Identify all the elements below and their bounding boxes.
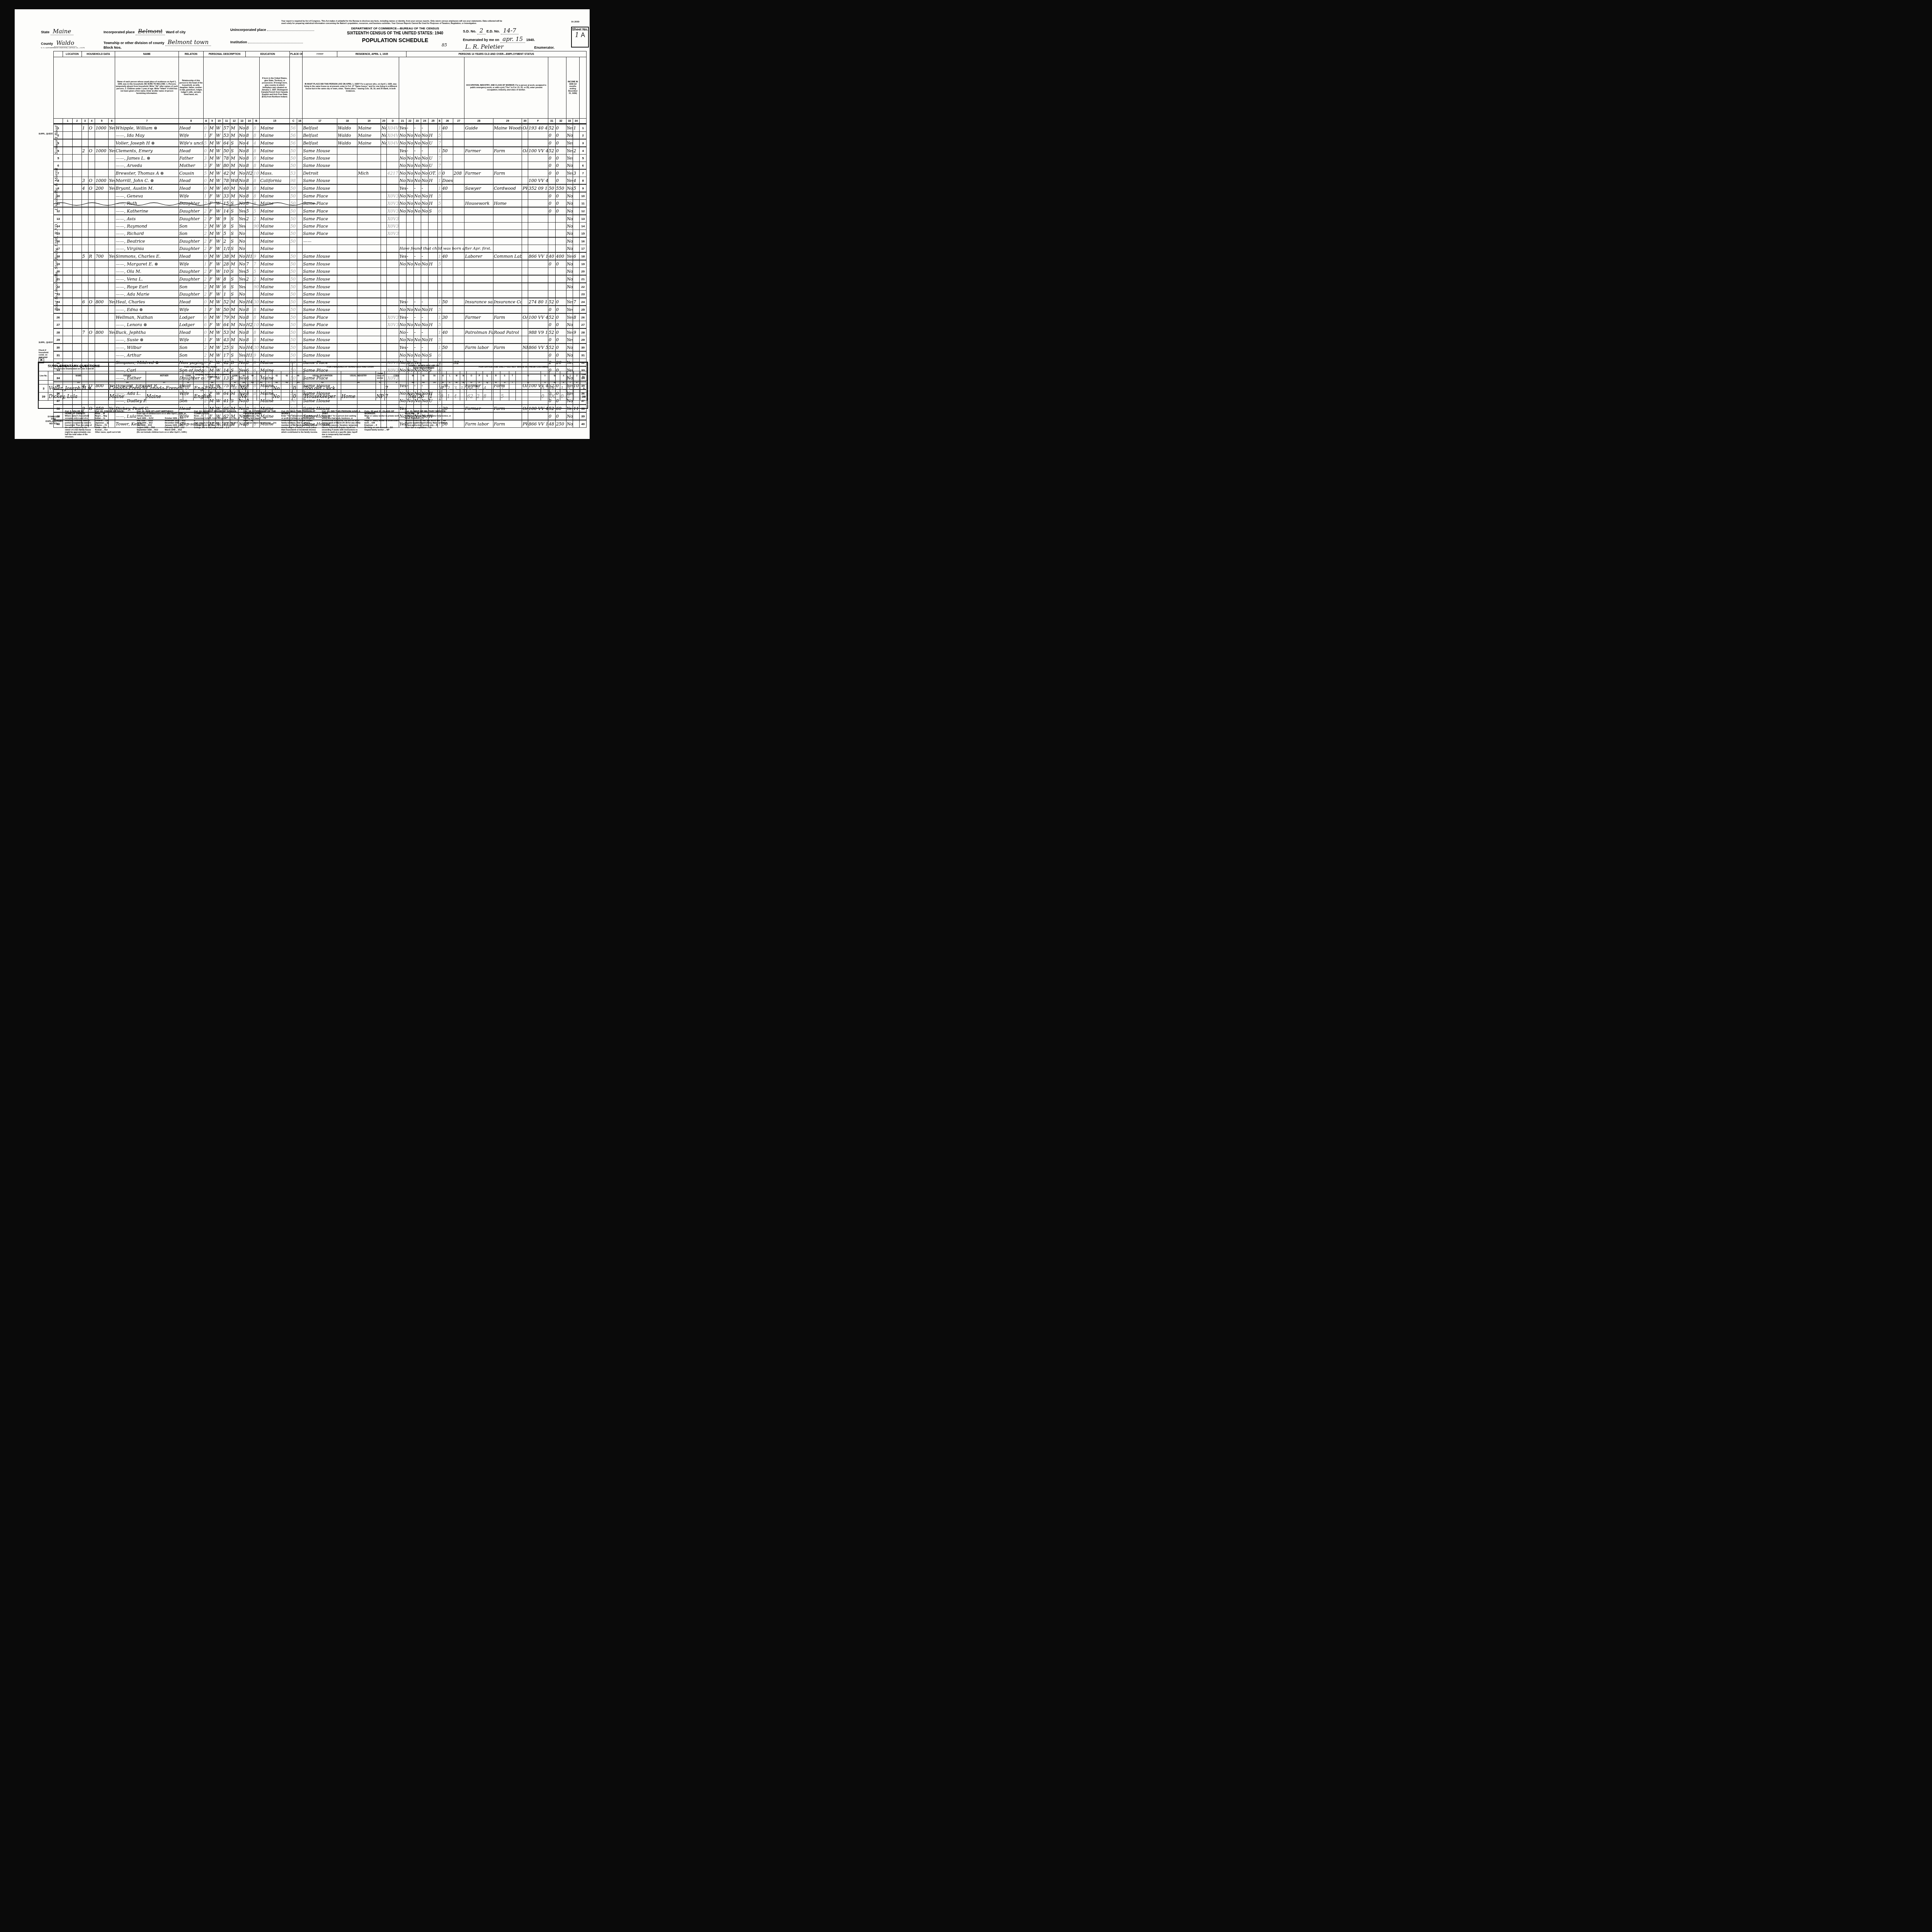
cell-value: 700 xyxy=(95,252,109,260)
cell-ind: Farm xyxy=(493,169,522,177)
suppl-header: L xyxy=(446,371,453,381)
cell-mar: M xyxy=(230,252,238,260)
cell-birth: Maine xyxy=(260,336,290,344)
suppl-column-number: 50 xyxy=(429,381,440,384)
cell-occ: Farmer xyxy=(464,169,493,177)
cell-ind xyxy=(493,306,522,313)
cell-ind xyxy=(493,177,522,185)
cell-grade: 8 xyxy=(246,192,253,200)
cell-hh: 3 xyxy=(82,177,88,185)
cell-wks: 52 xyxy=(548,328,555,336)
cell-sch: No xyxy=(238,245,245,253)
department: DEPARTMENT OF COMMERCE—BUREAU OF THE CEN… xyxy=(347,27,443,30)
cell-c24: No xyxy=(421,192,428,200)
cell-hh xyxy=(82,230,88,238)
cell-c25 xyxy=(428,237,437,245)
cell-dur xyxy=(453,155,464,162)
cell-c23 xyxy=(413,230,421,238)
cell-wks xyxy=(548,275,555,283)
cell-wage xyxy=(556,283,566,291)
cell-c24: - xyxy=(421,252,428,260)
cell-c23: - xyxy=(413,313,421,321)
suppl-header: T xyxy=(509,371,515,381)
cell-wage xyxy=(556,291,566,298)
cell-sch: No xyxy=(238,169,245,177)
group-all-ages: FOR PERSONS OF ALL AGES xyxy=(109,363,293,371)
cell-e: 5 xyxy=(438,200,442,207)
suppl-column-number: 37 xyxy=(146,381,183,384)
cell-own: O xyxy=(88,177,95,185)
cell-oth: No xyxy=(566,200,573,207)
cell-sch: Yes xyxy=(238,223,245,230)
suppl-header: X xyxy=(560,371,567,381)
cell-name: ——, Edna ⊗ xyxy=(115,306,179,313)
cell-city35: Same House xyxy=(303,283,337,291)
cell-occ xyxy=(464,321,493,329)
supplementary-title: SUPPLEMENTARY QUESTIONS xyxy=(39,364,108,368)
suppl-cell-l: 2 xyxy=(446,384,453,393)
suppl-header: USUAL INDUSTRY xyxy=(341,371,376,381)
cell-dur xyxy=(453,162,464,170)
cell-hrs xyxy=(442,260,453,268)
cell-ind xyxy=(493,351,522,359)
line-number: 28 xyxy=(580,328,587,336)
cell-rel: Head xyxy=(179,147,203,155)
cell-age: 2 xyxy=(223,237,230,245)
cell-birth: Maine xyxy=(260,192,290,200)
cell-mar: S xyxy=(230,215,238,223)
cell-ind: Farm xyxy=(493,313,522,321)
cell-birth: Maine xyxy=(260,351,290,359)
cell-c22: - xyxy=(406,298,413,306)
cell-e: 1 xyxy=(438,344,442,351)
cell-c23: - xyxy=(413,344,421,351)
name-instructions: Name of each person whose usual place of… xyxy=(115,57,179,119)
cell-city35 xyxy=(303,245,337,253)
cell-cls xyxy=(522,155,528,162)
empty-cell xyxy=(72,291,82,298)
empty-cell xyxy=(63,200,72,207)
cell-age: 79 xyxy=(223,313,230,321)
cell-value xyxy=(95,306,109,313)
line-number: 26 xyxy=(580,313,587,321)
empty-cell xyxy=(297,230,303,238)
cell-age: 78 xyxy=(223,155,230,162)
suppl-header: P xyxy=(476,371,483,381)
suppl-column-number: 40 xyxy=(248,381,257,384)
cell-dur xyxy=(453,192,464,200)
cell-c25: S xyxy=(428,351,437,359)
suppl-cell-h: 34 xyxy=(231,384,240,393)
cell-d: X0V3 xyxy=(387,223,399,230)
line-number: 2 xyxy=(580,132,587,139)
cell-d: X0V3 xyxy=(387,215,399,223)
suppl-cell-ind: Home xyxy=(341,393,376,401)
cell-f xyxy=(528,223,548,230)
cell-oth: No xyxy=(566,245,573,253)
table-row: 185R700YesSimmons, Charles E.Head0MW38MN… xyxy=(54,252,587,260)
cell-race: W xyxy=(216,283,223,291)
cell-fs xyxy=(573,207,580,215)
empty-cell xyxy=(63,252,72,260)
cell-rel: Daughter xyxy=(179,291,203,298)
empty-cell xyxy=(72,124,82,132)
suppl-header: CODE xyxy=(384,371,408,381)
suppl-column-number: Y xyxy=(567,381,573,384)
table-row: 26Wellman, NathanLodger6MW79MNo88Maine50… xyxy=(54,313,587,321)
cell-farm35 xyxy=(381,344,387,351)
cell-fs xyxy=(573,344,580,351)
line-number: 1 xyxy=(580,124,587,132)
cell-wks: 52 xyxy=(548,313,555,321)
cell-e: 1 xyxy=(438,313,442,321)
cell-county35 xyxy=(337,306,357,313)
cell-name: Whipple, William ⊗ xyxy=(115,124,179,132)
note-item: Wage or salary worker in Government work… xyxy=(364,420,401,424)
cell-wage: 0 xyxy=(556,306,566,313)
cell-county35 xyxy=(337,230,357,238)
suppl-header: 43 xyxy=(281,371,293,381)
cell-age: 80 xyxy=(223,162,230,170)
cell-ind: Cordwood xyxy=(493,184,522,192)
line-number: 14 xyxy=(580,223,587,230)
table-row: 11——, RuthDaughter2FW15SNo88Maine50Same … xyxy=(54,200,587,207)
cell-b xyxy=(253,230,260,238)
cell-hrs: 40 xyxy=(442,252,453,260)
cell-cls: NP xyxy=(522,344,528,351)
cell-a: 0 xyxy=(203,298,209,306)
cell-name: ——, Susie ⊗ xyxy=(115,336,179,344)
cell-hrs: 50 xyxy=(442,147,453,155)
cell-county35 xyxy=(337,328,357,336)
cell-occ: Guide xyxy=(464,124,493,132)
empty-cell xyxy=(297,200,303,207)
cell-occ: Farmer xyxy=(464,313,493,321)
suppl-cell-c49 xyxy=(418,384,429,393)
cell-birth: Maine xyxy=(260,155,290,162)
cell-cls xyxy=(522,328,528,336)
cell-wks xyxy=(548,237,555,245)
cell-c22: - xyxy=(406,313,413,321)
cell-f xyxy=(528,230,548,238)
cell-c21: Yes xyxy=(399,252,406,260)
cell-sex: F xyxy=(209,321,215,329)
cell-a: 2 xyxy=(203,237,209,245)
cell-grade: 4 xyxy=(246,139,253,147)
cell-c: 50 xyxy=(290,155,297,162)
suppl-cell-j: 7 xyxy=(384,384,408,393)
cell-value: 200 xyxy=(95,184,109,192)
cell-state35 xyxy=(357,252,381,260)
cell-oth: Yes xyxy=(566,313,573,321)
cell-d xyxy=(387,275,399,283)
cell-dur xyxy=(453,351,464,359)
empty-cell xyxy=(297,245,303,253)
county-field: County Waldo xyxy=(41,39,77,46)
cell-c25: U xyxy=(428,139,437,147)
empty-cell xyxy=(72,268,82,276)
suppl-cell-t xyxy=(509,384,515,393)
cell-c24: No xyxy=(421,132,428,139)
cell-c21 xyxy=(399,283,406,291)
suppl-cell-c39: No xyxy=(239,393,248,401)
empty-cell xyxy=(72,336,82,344)
empty-cell xyxy=(72,260,82,268)
cell-c22: - xyxy=(406,328,413,336)
cell-race: W xyxy=(216,215,223,223)
empty-cell xyxy=(72,313,82,321)
suppl-cell-c40 xyxy=(248,393,257,401)
township-value: Belmont town xyxy=(165,39,211,46)
cell-hh xyxy=(82,192,88,200)
cell-sch: Yes xyxy=(238,215,245,223)
cell-c23: No xyxy=(413,321,421,329)
cell-f: 866 VV 5 xyxy=(528,344,548,351)
note-col24: Col. 24. DID THIS PERSON HAVE A JOB? Ent… xyxy=(322,410,361,438)
cell-c: 50 xyxy=(290,313,297,321)
suppl-cell-lang: Eng-French xyxy=(194,384,231,393)
line-number: 15 xyxy=(580,230,587,238)
cell-c21: No xyxy=(399,155,406,162)
cell-name: Wellman, Nathan xyxy=(115,313,179,321)
cell-wks: 0 xyxy=(548,200,555,207)
cell-hrs xyxy=(442,215,453,223)
cell-c: 56 xyxy=(290,124,297,132)
cell-wage xyxy=(556,275,566,283)
cell-farm xyxy=(109,237,115,245)
cell-oth: Yes xyxy=(566,139,573,147)
cell-c23 xyxy=(413,237,421,245)
table-row: 12——, KatherineDaughter2FW14SYes55Maine5… xyxy=(54,207,587,215)
cell-ind: Farm xyxy=(493,344,522,351)
cell-cls xyxy=(522,200,528,207)
cell-cls xyxy=(522,207,528,215)
cell-value xyxy=(95,275,109,283)
line-number: 29 xyxy=(54,336,63,344)
note-col16: Col. 16. CITIZENSHIP OF THE FOREIGN BORN… xyxy=(243,410,278,427)
empty-cell xyxy=(63,132,72,139)
cell-mar: M xyxy=(230,184,238,192)
cell-race: W xyxy=(216,230,223,238)
cell-hrs xyxy=(442,306,453,313)
cell-name: ——, Wilbur xyxy=(115,344,179,351)
cell-value xyxy=(95,336,109,344)
cell-hh xyxy=(82,223,88,230)
cell-state35 xyxy=(357,215,381,223)
cell-hh: 2 xyxy=(82,147,88,155)
cell-sex: M xyxy=(209,177,215,185)
suppl-cell-y: 5 xyxy=(567,384,573,393)
cell-farm35 xyxy=(381,313,387,321)
cell-hrs xyxy=(442,139,453,147)
cell-c22: No xyxy=(406,162,413,170)
empty-cell xyxy=(297,169,303,177)
cell-cls xyxy=(522,283,528,291)
cell-c: 50 xyxy=(290,306,297,313)
cell-b: 8 xyxy=(253,132,260,139)
cell-farm35 xyxy=(381,306,387,313)
cell-city35: Same House xyxy=(303,177,337,185)
cell-value xyxy=(95,169,109,177)
cell-name: ——, Richard xyxy=(115,230,179,238)
suppl-header: O xyxy=(467,371,476,381)
cell-own xyxy=(88,207,95,215)
cell-dur xyxy=(453,124,464,132)
cell-race: W xyxy=(216,162,223,170)
cell-c22: No xyxy=(406,177,413,185)
cell-value xyxy=(95,215,109,223)
empty-cell xyxy=(72,184,82,192)
cell-d xyxy=(387,177,399,185)
empty-cell xyxy=(72,207,82,215)
cell-birth: Maine xyxy=(260,321,290,329)
cell-c24: - xyxy=(421,147,428,155)
empty-cell xyxy=(297,177,303,185)
cell-e xyxy=(438,223,442,230)
suppl-column-number: 49 xyxy=(418,381,429,384)
table-row: 7Brewster, Thomas A ⊗Cousin5MW42MNoH210M… xyxy=(54,169,587,177)
cell-f xyxy=(528,336,548,344)
suppl-cell-y: 1 xyxy=(567,393,573,401)
cell-race: W xyxy=(216,351,223,359)
cell-hh xyxy=(82,351,88,359)
suppl-cell-n: 1 xyxy=(460,384,466,393)
cell-d: X0V3 xyxy=(387,313,399,321)
county-value: Waldo xyxy=(54,39,77,47)
cell-e: 5 xyxy=(438,260,442,268)
cell-occ xyxy=(464,155,493,162)
suppl-header: NAME xyxy=(48,371,109,381)
cell-oth: No xyxy=(566,192,573,200)
cell-own xyxy=(88,291,95,298)
cell-county35: Waldo xyxy=(337,124,357,132)
cell-mar: M xyxy=(230,313,238,321)
cell-c23 xyxy=(413,275,421,283)
cell-d xyxy=(387,162,399,170)
cell-cls xyxy=(522,351,528,359)
cell-mar: S xyxy=(230,139,238,147)
empty-cell xyxy=(72,351,82,359)
cell-c: 50 xyxy=(290,192,297,200)
cell-oth: Yes xyxy=(566,328,573,336)
group-14-and-over: FOR PERSONS 14 YEARS OLD AND OVER xyxy=(293,363,408,371)
empty-cell xyxy=(297,147,303,155)
cell-wage xyxy=(556,230,566,238)
cell-wage: 0 xyxy=(556,139,566,147)
cell-wks: 0 xyxy=(548,139,555,147)
cell-mar: S xyxy=(230,230,238,238)
suppl-header: 39 xyxy=(239,371,248,381)
cell-hrs xyxy=(442,207,453,215)
cell-a: 2 xyxy=(203,230,209,238)
cell-dur xyxy=(453,184,464,192)
cell-e xyxy=(438,291,442,298)
cell-county35 xyxy=(337,147,357,155)
cell-c23: - xyxy=(413,184,421,192)
cell-state35 xyxy=(357,268,381,276)
empty-cell xyxy=(297,139,303,147)
cell-city35: Same House xyxy=(303,147,337,155)
cell-c22: - xyxy=(406,184,413,192)
cell-oth: No xyxy=(566,321,573,329)
cell-c25 xyxy=(428,283,437,291)
cell-hh xyxy=(82,207,88,215)
cell-fs xyxy=(573,351,580,359)
cell-sch: No xyxy=(238,328,245,336)
cell-f xyxy=(528,192,548,200)
suppl-column-number: N xyxy=(460,381,466,384)
cell-age: 17 xyxy=(223,351,230,359)
cell-b: 90 xyxy=(253,283,260,291)
cell-occ xyxy=(464,215,493,223)
cell-fs xyxy=(573,321,580,329)
cell-a: 0 xyxy=(203,328,209,336)
note-col14: Col. 14. HIGHEST GRADE OF SCHOOL COMPLET… xyxy=(194,410,240,429)
cell-sex: M xyxy=(209,351,215,359)
empty-cell xyxy=(63,215,72,223)
cell-city35: Same House xyxy=(303,291,337,298)
cell-c22: No xyxy=(406,155,413,162)
cell-own xyxy=(88,139,95,147)
cell-b: 7 xyxy=(253,260,260,268)
suppl-cell-mother: Canada-French xyxy=(146,384,183,393)
cell-e: 5 xyxy=(438,192,442,200)
table-row: 3Volier, Joseph H ⊗Wife's uncle5MW64SNo4… xyxy=(54,139,587,147)
cell-f: 193 40 4 xyxy=(528,124,548,132)
cell-name: ——, Katherine xyxy=(115,207,179,215)
table-row: 6——, ArvedaMother3FW80MNo88Maine50Same H… xyxy=(54,162,587,170)
cell-dur xyxy=(453,306,464,313)
cell-farm xyxy=(109,321,115,329)
empty-cell xyxy=(297,291,303,298)
cell-a: 2 xyxy=(203,344,209,351)
cell-f xyxy=(528,162,548,170)
cell-hrs xyxy=(442,283,453,291)
cell-fs xyxy=(573,283,580,291)
cell-name: ——, Ruth xyxy=(115,200,179,207)
line-number: 12 xyxy=(580,207,587,215)
cell-dur xyxy=(453,336,464,344)
cell-mar: S xyxy=(230,268,238,276)
cell-a: 1 xyxy=(203,336,209,344)
cell-race: W xyxy=(216,336,223,344)
cell-fs xyxy=(573,192,580,200)
cell-race: W xyxy=(216,268,223,276)
suppl-quest-label-left-39: SUPPL. QUEST. xyxy=(39,342,53,344)
cell-c25: H xyxy=(428,192,437,200)
cell-own xyxy=(88,169,95,177)
cell-c24: - xyxy=(421,344,428,351)
cell-farm35 xyxy=(381,245,387,253)
cell-farm35 xyxy=(381,321,387,329)
cell-a: 0 xyxy=(203,184,209,192)
empty-cell xyxy=(72,298,82,306)
table-row: 42O1000YesClements, EmeryHead0MW50SNo88M… xyxy=(54,147,587,155)
cell-state35 xyxy=(357,155,381,162)
cell-hh xyxy=(82,306,88,313)
cell-sch: Yes xyxy=(238,351,245,359)
cell-city35: —— xyxy=(303,237,337,245)
cell-b: 2 xyxy=(253,215,260,223)
confidentiality-notice: Your report is required by Act of Congre… xyxy=(281,20,505,25)
cell-c22 xyxy=(406,275,413,283)
sheet-number: 1 xyxy=(575,31,579,39)
cell-county35 xyxy=(337,275,357,283)
cell-c22 xyxy=(406,223,413,230)
table-row: 27——, Lenora ⊗Lodger6FW64MNoH210Maine50S… xyxy=(54,321,587,329)
cell-cls xyxy=(522,321,528,329)
incorporated-place-value: Belmont xyxy=(136,28,165,35)
